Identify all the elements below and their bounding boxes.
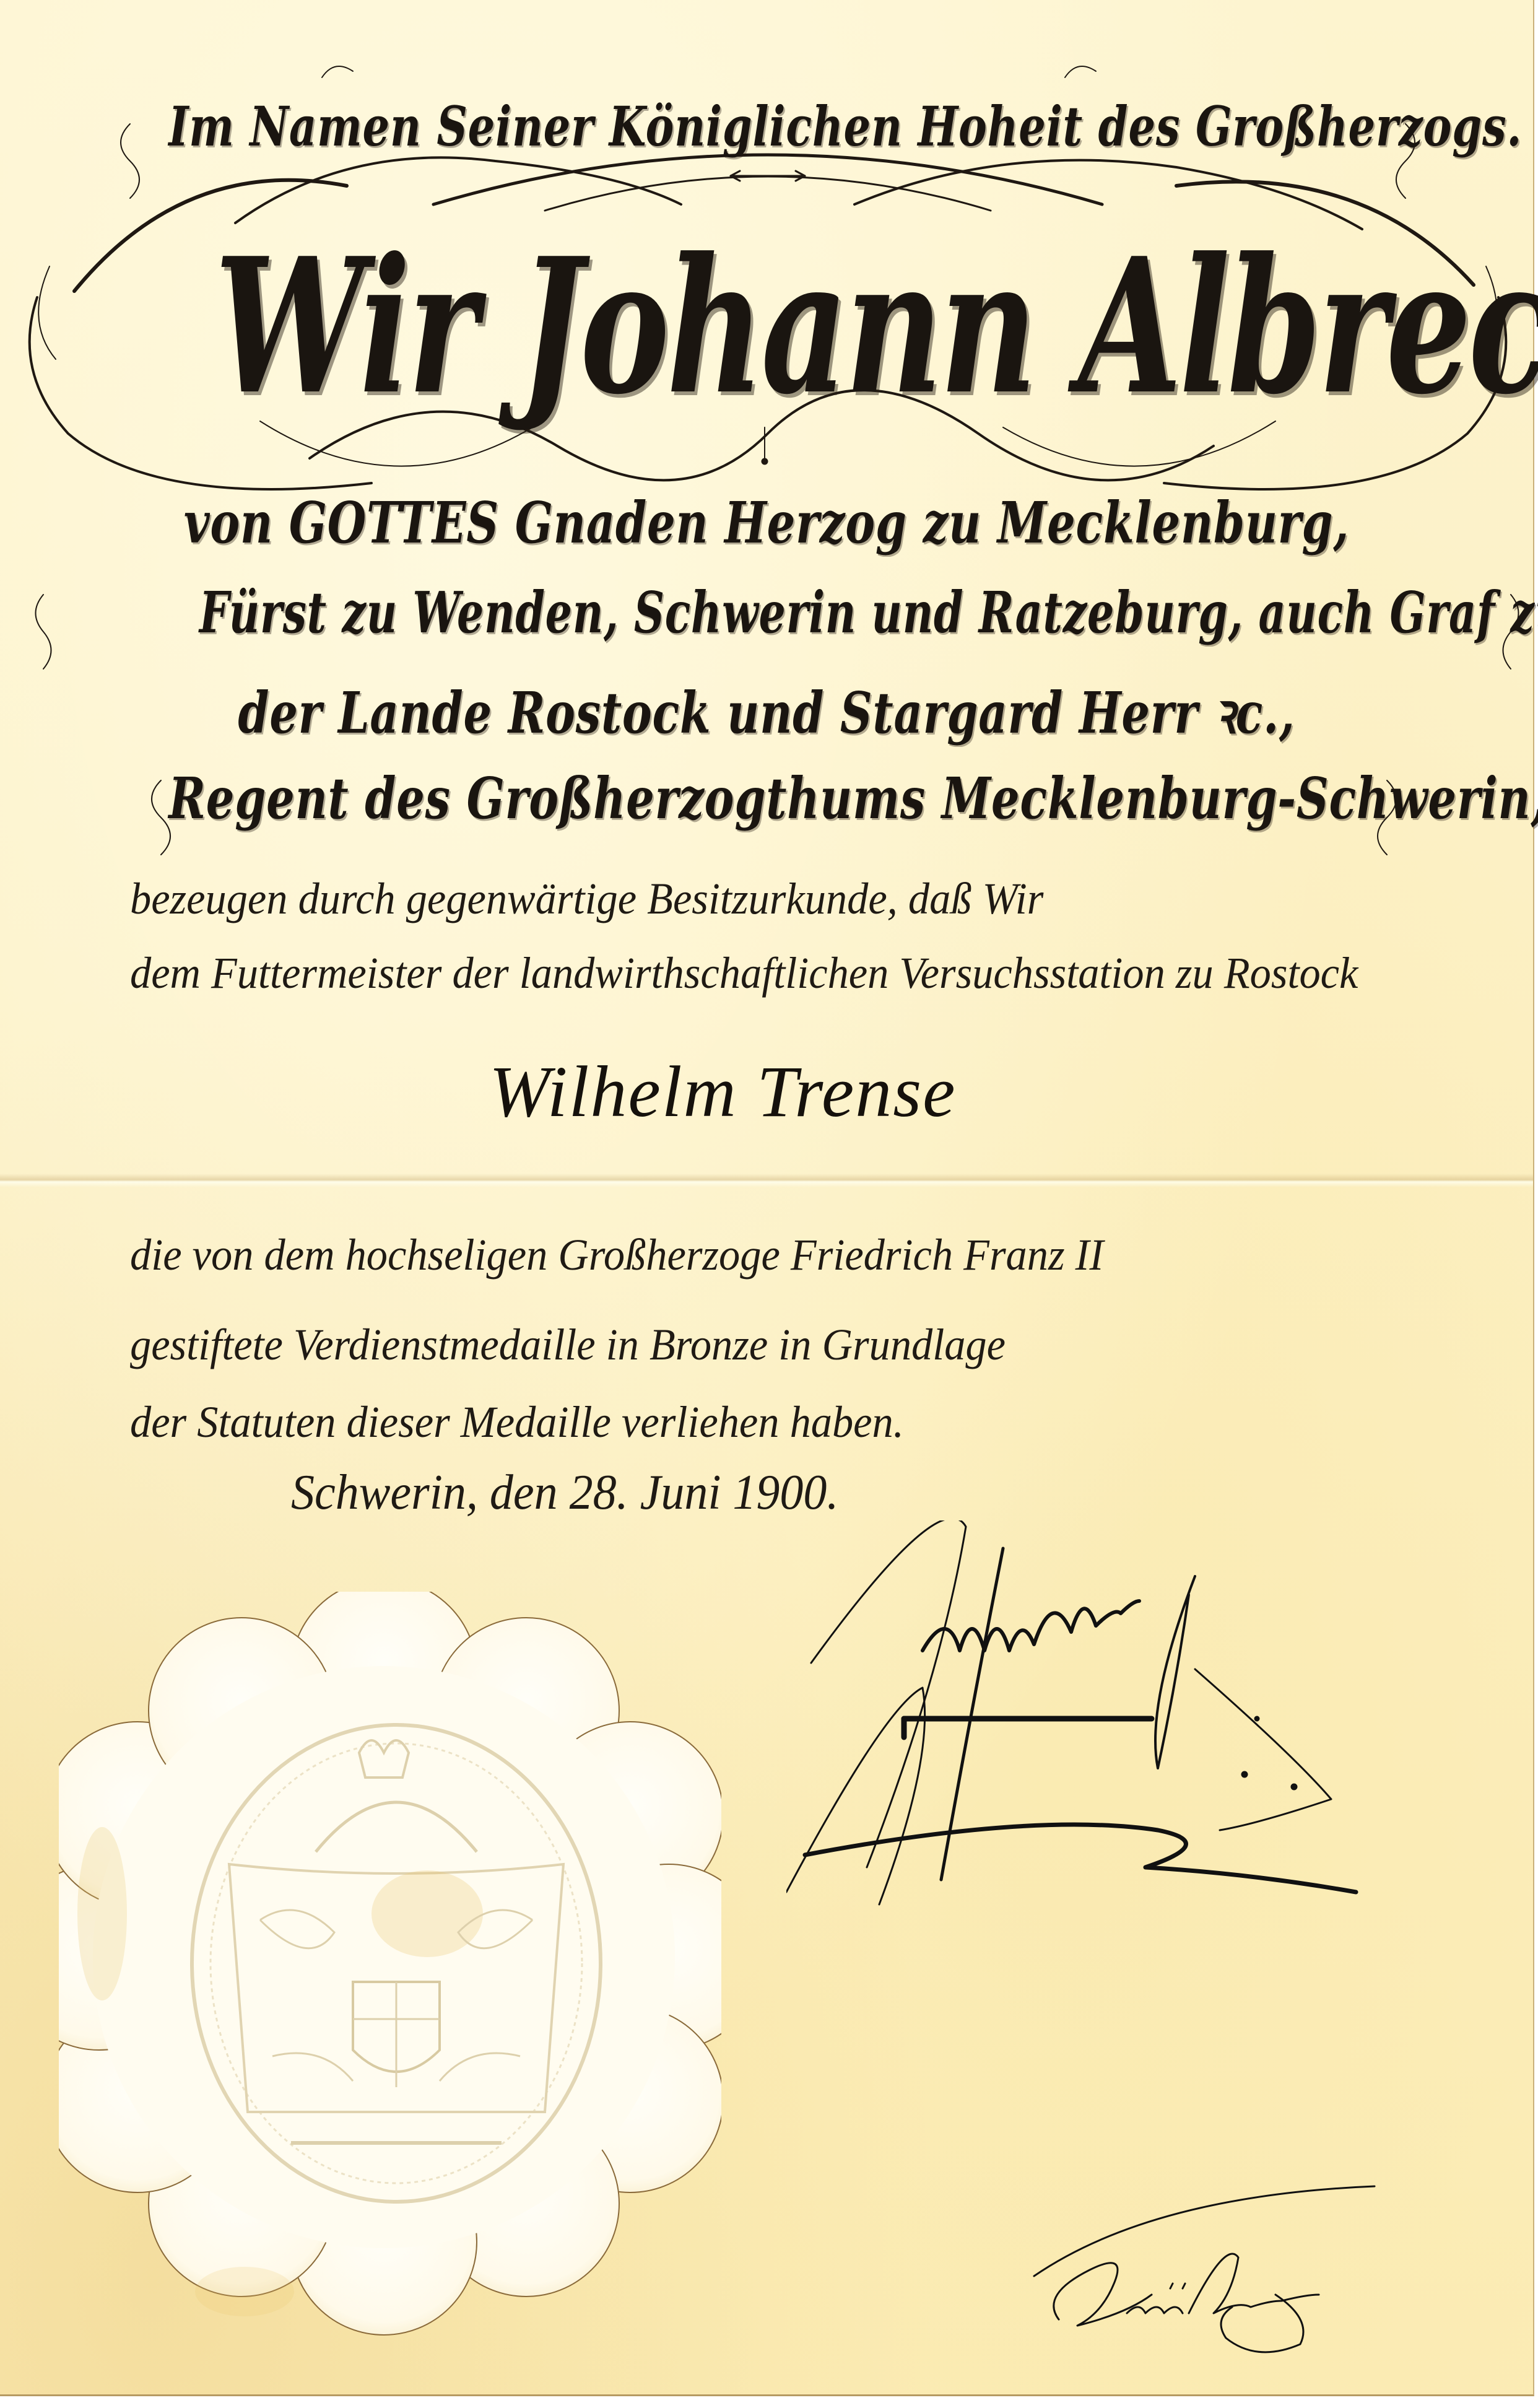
sovereign-title: Wir Johann Albrecht [215,217,1319,435]
sovereign-signature [786,1520,1505,1917]
embossed-seal-icon [59,1592,721,2341]
body-line-2: dem Futtermeister der landwirthschaftlic… [130,948,1358,999]
titles-line-4: Regent des Großherzogthums Mecklenburg-S… [168,765,1364,832]
titles-line-1: von GOTTES Gnaden Herzog zu Mecklenburg, [168,489,1364,556]
recipient-name: Wilhelm Trense [489,1050,957,1134]
titles-line-2: Fürst zu Wenden, Schwerin und Ratzeburg,… [199,579,1334,646]
body-line-1: bezeugen durch gegenwärtige Besitzurkund… [130,873,1043,925]
body-line-5: der Statuten dieser Medaille verliehen h… [130,1397,904,1448]
header-line: Im Namen Seiner Königlichen Hoheit des G… [168,94,1364,159]
certificate-paper: Im Namen Seiner Königlichen Hoheit des G… [0,0,1534,2396]
body-line-4: gestiftete Verdienstmedaille in Bronze i… [130,1319,1006,1371]
titles-line-3: der Lande Rostock und Stargard Herr ꝛc., [168,672,1364,749]
body-line-3: die von dem hochseligen Großherzoge Frie… [130,1229,1103,1281]
place-date: Schwerin, den 28. Juni 1900. [291,1465,838,1521]
paper-fold-line [0,1174,1533,1187]
countersignature [966,2171,1523,2369]
